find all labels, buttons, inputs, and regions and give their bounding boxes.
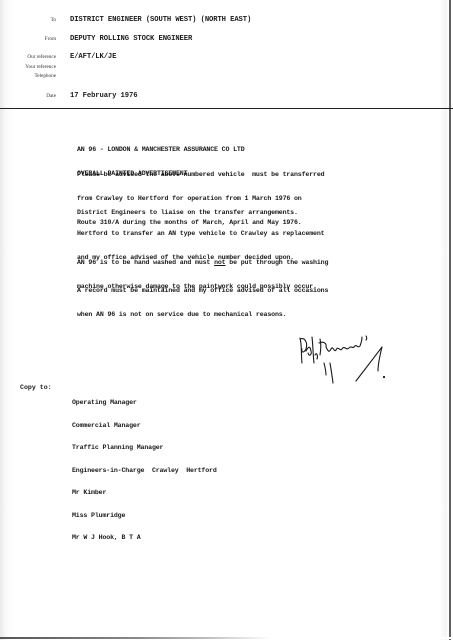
text-line: Please be advised the above numbered veh…	[77, 171, 397, 179]
from-value: DEPUTY ROLLING STOCK ENGINEER	[70, 35, 192, 43]
to-row: To DISTRICT ENGINEER (SOUTH WEST) (NORTH…	[0, 16, 453, 26]
your-reference-label: Your reference	[25, 63, 56, 71]
date-label: Date	[46, 92, 56, 100]
recipient: Traffic Planning Manager	[72, 444, 217, 452]
our-reference-row: Our reference E/AFT/LK/JE	[0, 53, 453, 63]
subject-line-1: AN 96 - LONDON & MANCHESTER ASSURANCE CO…	[77, 146, 397, 154]
our-reference-value: E/AFT/LK/JE	[70, 53, 116, 61]
text-line: Hertford to transfer an AN type vehicle …	[77, 230, 397, 238]
recipient: Mr Kimber	[72, 489, 217, 497]
text-segment: AN 96 is to be hand washed and must	[77, 259, 214, 266]
recipient: Engineers-in-Charge Crawley Hertford	[72, 467, 217, 475]
text-line: A record must be maintained and my offic…	[77, 287, 397, 295]
underlined-emphasis: not	[214, 259, 225, 266]
text-line: AN 96 is to be hand washed and must not …	[77, 259, 397, 267]
recipient: Miss Plumridge	[72, 512, 217, 520]
from-label: From	[45, 35, 56, 43]
text-line: when AN 96 is not on service due to mech…	[77, 311, 397, 319]
paragraph-record: A record must be maintained and my offic…	[77, 271, 397, 335]
memo-page: To DISTRICT ENGINEER (SOUTH WEST) (NORTH…	[0, 0, 453, 640]
handwritten-signature-icon	[296, 333, 406, 398]
date-value: 17 February 1976	[70, 92, 137, 100]
our-reference-label: Our reference	[27, 53, 56, 61]
to-value: DISTRICT ENGINEER (SOUTH WEST) (NORTH EA…	[70, 16, 251, 24]
page-edge-shadow-bottom	[0, 637, 453, 639]
text-segment: be put through the washing	[225, 259, 328, 266]
to-label: To	[51, 16, 56, 24]
recipient: Mr W J Hook, B T A	[72, 534, 217, 542]
telephone-label: Telephone	[34, 72, 56, 80]
date-row: Date 17 February 1976	[0, 92, 453, 102]
copy-to-recipients: Operating Manager Commercial Manager Tra…	[72, 384, 217, 557]
from-row: From DEPUTY ROLLING STOCK ENGINEER	[0, 35, 453, 45]
copy-to-label: Copy to:	[20, 384, 52, 392]
telephone-row: Telephone	[0, 72, 453, 82]
header-divider	[0, 108, 453, 109]
recipient: Commercial Manager	[72, 422, 217, 430]
recipient: Operating Manager	[72, 399, 217, 407]
